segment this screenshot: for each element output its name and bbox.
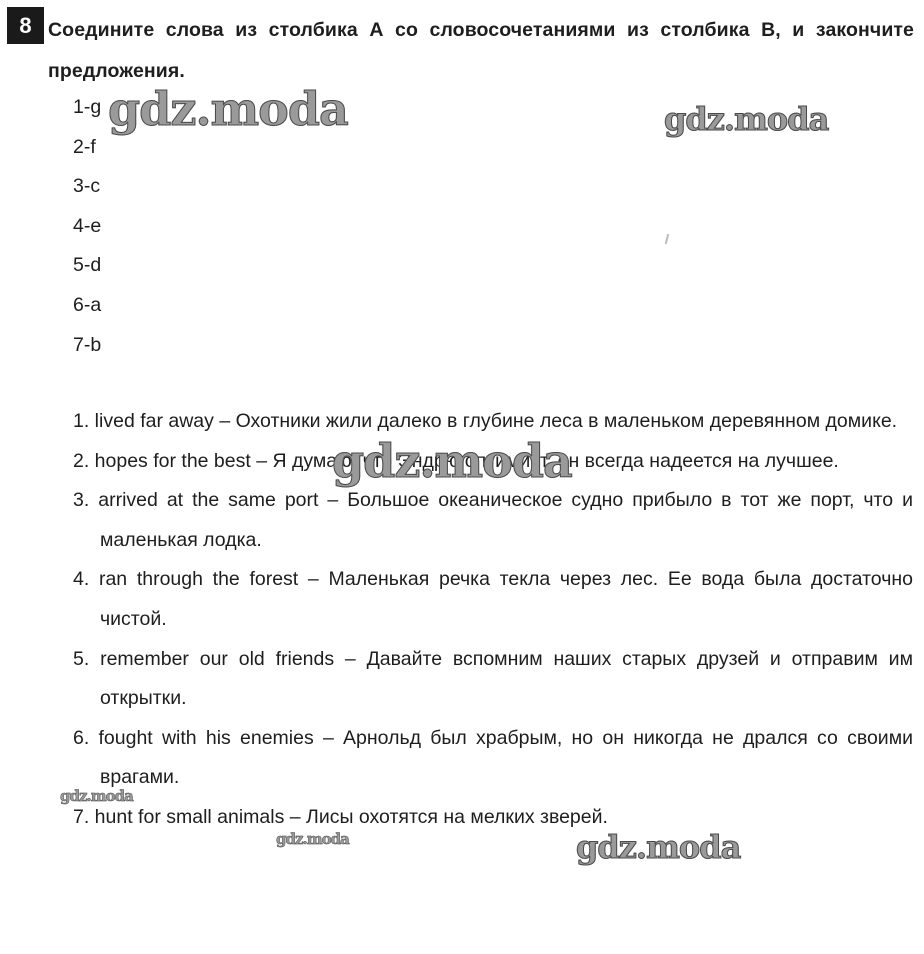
match-item: 5-d: [73, 246, 101, 286]
match-item: 6-a: [73, 286, 101, 326]
watermark-logo: gdz.moda: [576, 828, 740, 866]
match-item: 7-b: [73, 326, 101, 366]
answer-matches-list: 1-g 2-f 3-c 4-e 5-d 6-a 7-b: [73, 88, 101, 365]
sentence-item: 6. fought with his enemies – Арнольд был…: [73, 719, 913, 798]
watermark-logo: gdz.moda: [108, 82, 348, 136]
sentence-item: 3. arrived at the same port – Большое ок…: [73, 481, 913, 560]
task-number-badge: 8: [7, 7, 44, 44]
match-item: 1-g: [73, 88, 101, 128]
match-item: 3-c: [73, 167, 101, 207]
sentence-item: 7. hunt for small animals – Лисы охотятс…: [73, 798, 913, 838]
sentence-item: 4. ran through the forest – Маленькая ре…: [73, 560, 913, 639]
watermark-logo: gdz.moda: [276, 830, 349, 848]
scan-artifact: [665, 234, 670, 244]
watermark-logo: gdz.moda: [664, 100, 828, 138]
match-item: 4-e: [73, 207, 101, 247]
watermark-logo: gdz.moda: [60, 787, 133, 805]
watermark-logo: gdz.moda: [332, 434, 572, 488]
task-title: Соедините слова из столбика А со словосо…: [48, 10, 914, 92]
sentence-item: 5. remember our old friends – Давайте вс…: [73, 640, 913, 719]
match-item: 2-f: [73, 128, 101, 168]
